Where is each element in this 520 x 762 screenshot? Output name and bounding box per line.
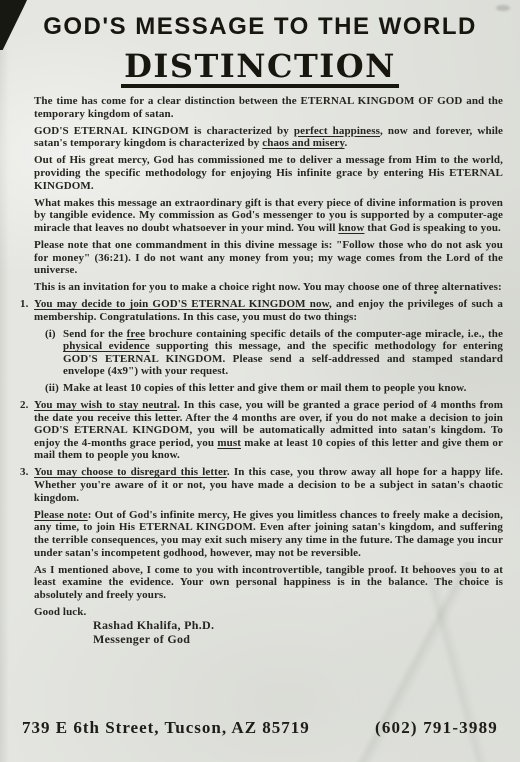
signature-block: Rashad Khalifa, Ph.D. Messenger of God [93, 618, 503, 646]
choice-1-subitem-i: (i) Send for the free brochure containin… [45, 328, 503, 378]
choice-1-content: You may decide to join GOD'S ETERNAL KIN… [34, 298, 503, 394]
good-luck-line: Good luck. [34, 606, 503, 619]
letter-closing: Good luck. Rashad Khalifa, Ph.D. Messeng… [34, 606, 503, 647]
choice-3-text: You may choose to disregard this letter.… [34, 466, 503, 504]
subitem-ii-text: Make at least 10 copies of this letter a… [63, 382, 503, 395]
page-title: DISTINCTION [121, 50, 399, 88]
header-kicker: GOD'S MESSAGE TO THE WORLD [0, 13, 520, 41]
choice-1-number: 1. [20, 298, 34, 394]
subitem-i-marker: (i) [45, 328, 63, 378]
subitem-ii-marker: (ii) [45, 382, 63, 395]
paragraph-proof: As I mentioned above, I come to you with… [34, 564, 503, 602]
choice-3-content: You may choose to disregard this letter.… [34, 466, 503, 504]
choice-2-content: You may wish to stay neutral. In this ca… [34, 399, 503, 462]
letter-footer: 739 E 6th Street, Tucson, AZ 85719 (602)… [0, 718, 520, 738]
choice-2-text: You may wish to stay neutral. In this ca… [34, 399, 503, 462]
title-row: DISTINCTION [0, 50, 520, 88]
street-address: 739 E 6th Street, Tucson, AZ 85719 [22, 718, 310, 738]
letter-header: GOD'S MESSAGE TO THE WORLD DISTINCTION [0, 0, 520, 88]
choice-item-3: 3. You may choose to disregard this lett… [20, 466, 503, 504]
paragraph-commission: Out of His great mercy, God has commissi… [34, 154, 503, 192]
paragraph-evidence: What makes this message an extraordinary… [34, 197, 503, 235]
paragraph-please-note: Please note: Out of God's infinite mercy… [34, 509, 503, 559]
phone-number: (602) 791-3989 [375, 718, 498, 738]
choice-item-2: 2. You may wish to stay neutral. In this… [20, 399, 503, 462]
stray-dot-artifact [434, 291, 437, 294]
paragraph-kingdoms: GOD'S ETERNAL KINGDOM is characterized b… [34, 125, 503, 150]
paragraph-distinction: The time has come for a clear distinctio… [34, 95, 503, 120]
scan-smudge-artifact [496, 5, 510, 11]
signature-role: Messenger of God [93, 632, 503, 646]
signature-name: Rashad Khalifa, Ph.D. [93, 618, 503, 632]
subitem-i-text: Send for the free brochure containing sp… [63, 328, 503, 378]
scanned-letter-page: GOD'S MESSAGE TO THE WORLD DISTINCTION T… [0, 0, 520, 762]
paragraph-commandment: Please note that one commandment in this… [34, 239, 503, 277]
paragraph-invitation: This is an invitation for you to make a … [34, 281, 503, 294]
choices-list: 1. You may decide to join GOD'S ETERNAL … [34, 298, 503, 504]
choice-1-text: You may decide to join GOD'S ETERNAL KIN… [34, 298, 503, 323]
choice-3-number: 3. [20, 466, 34, 504]
choice-2-number: 2. [20, 399, 34, 462]
letter-body: The time has come for a clear distinctio… [0, 88, 520, 646]
choice-1-subitem-ii: (ii) Make at least 10 copies of this let… [45, 382, 503, 395]
choice-item-1: 1. You may decide to join GOD'S ETERNAL … [20, 298, 503, 394]
